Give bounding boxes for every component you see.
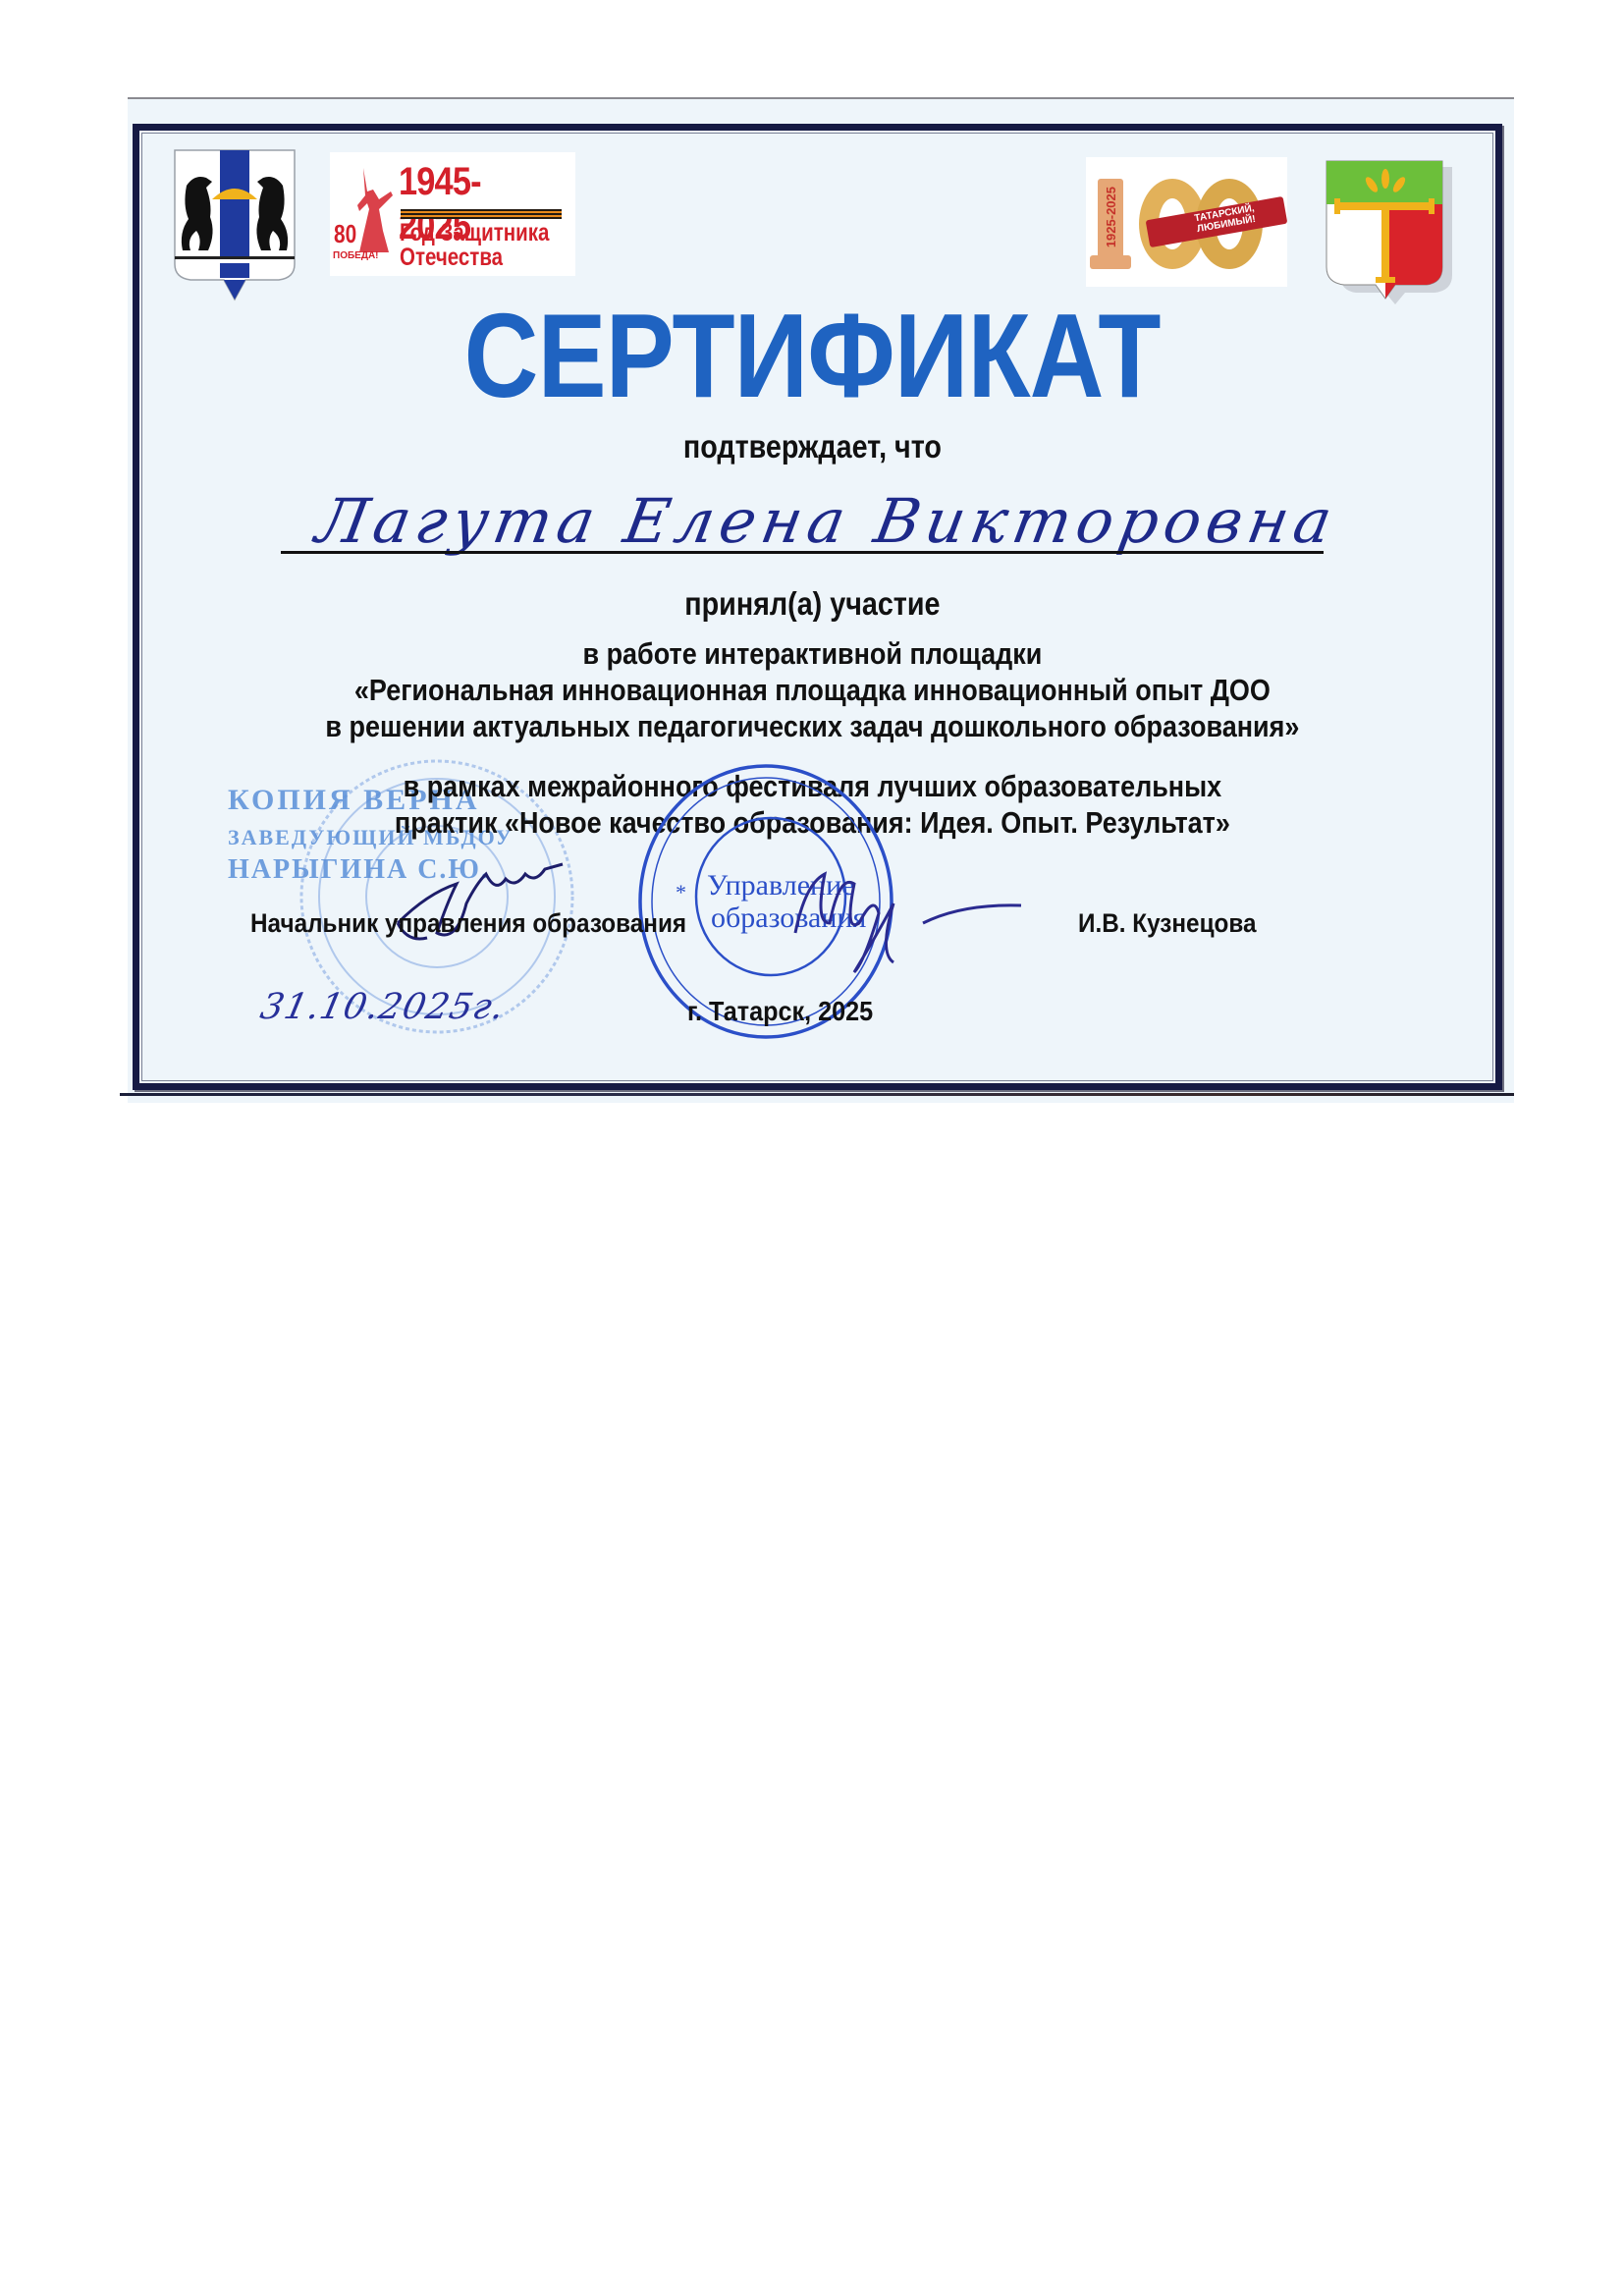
handwritten-date: 31.10.2025г.	[257, 987, 509, 1027]
participated-text: принял(а) участие	[106, 585, 1519, 623]
handwritten-signature-right	[785, 864, 1041, 982]
sheet-bottom-edge	[120, 1093, 1514, 1096]
body-line-3: в решении актуальных педагогических зада…	[106, 709, 1519, 744]
badge-text: ПОБЕДА!	[333, 250, 379, 261]
name-underline	[281, 551, 1324, 554]
victory-line-2: Отечества	[400, 244, 503, 272]
tatarsk-coat-of-arms-icon	[1321, 157, 1458, 304]
place-and-year: г. Татарск, 2025	[687, 996, 873, 1027]
anniversary-years: 1925-2025	[1104, 187, 1118, 247]
tatarsk-100-years-logo: 1925-2025 ТАТАРСКИЙ, ЛЮБИМЫЙ!	[1086, 157, 1287, 287]
st-george-ribbon	[401, 209, 562, 219]
confirms-text: подтверждает, что	[106, 428, 1519, 465]
victory-80-years-logo: 80 ПОБЕДА! 1945-2025 Год Защитника Отече…	[330, 152, 575, 276]
recipient-name: Лагута Елена Викторовна	[304, 485, 1334, 593]
signer-title: Начальник управления образования	[250, 908, 686, 939]
body-line-1: в работе интерактивной площадки	[106, 636, 1519, 672]
signer-name: И.В. Кузнецова	[1078, 908, 1256, 939]
body-line-2: «Региональная инновационная площадка инн…	[106, 673, 1519, 708]
badge-number: 80	[334, 219, 356, 249]
novosibirsk-coat-of-arms-icon	[173, 148, 297, 303]
svg-text:*: *	[676, 880, 686, 904]
certificate-title: СЕРТИФИКАТ	[114, 287, 1510, 424]
